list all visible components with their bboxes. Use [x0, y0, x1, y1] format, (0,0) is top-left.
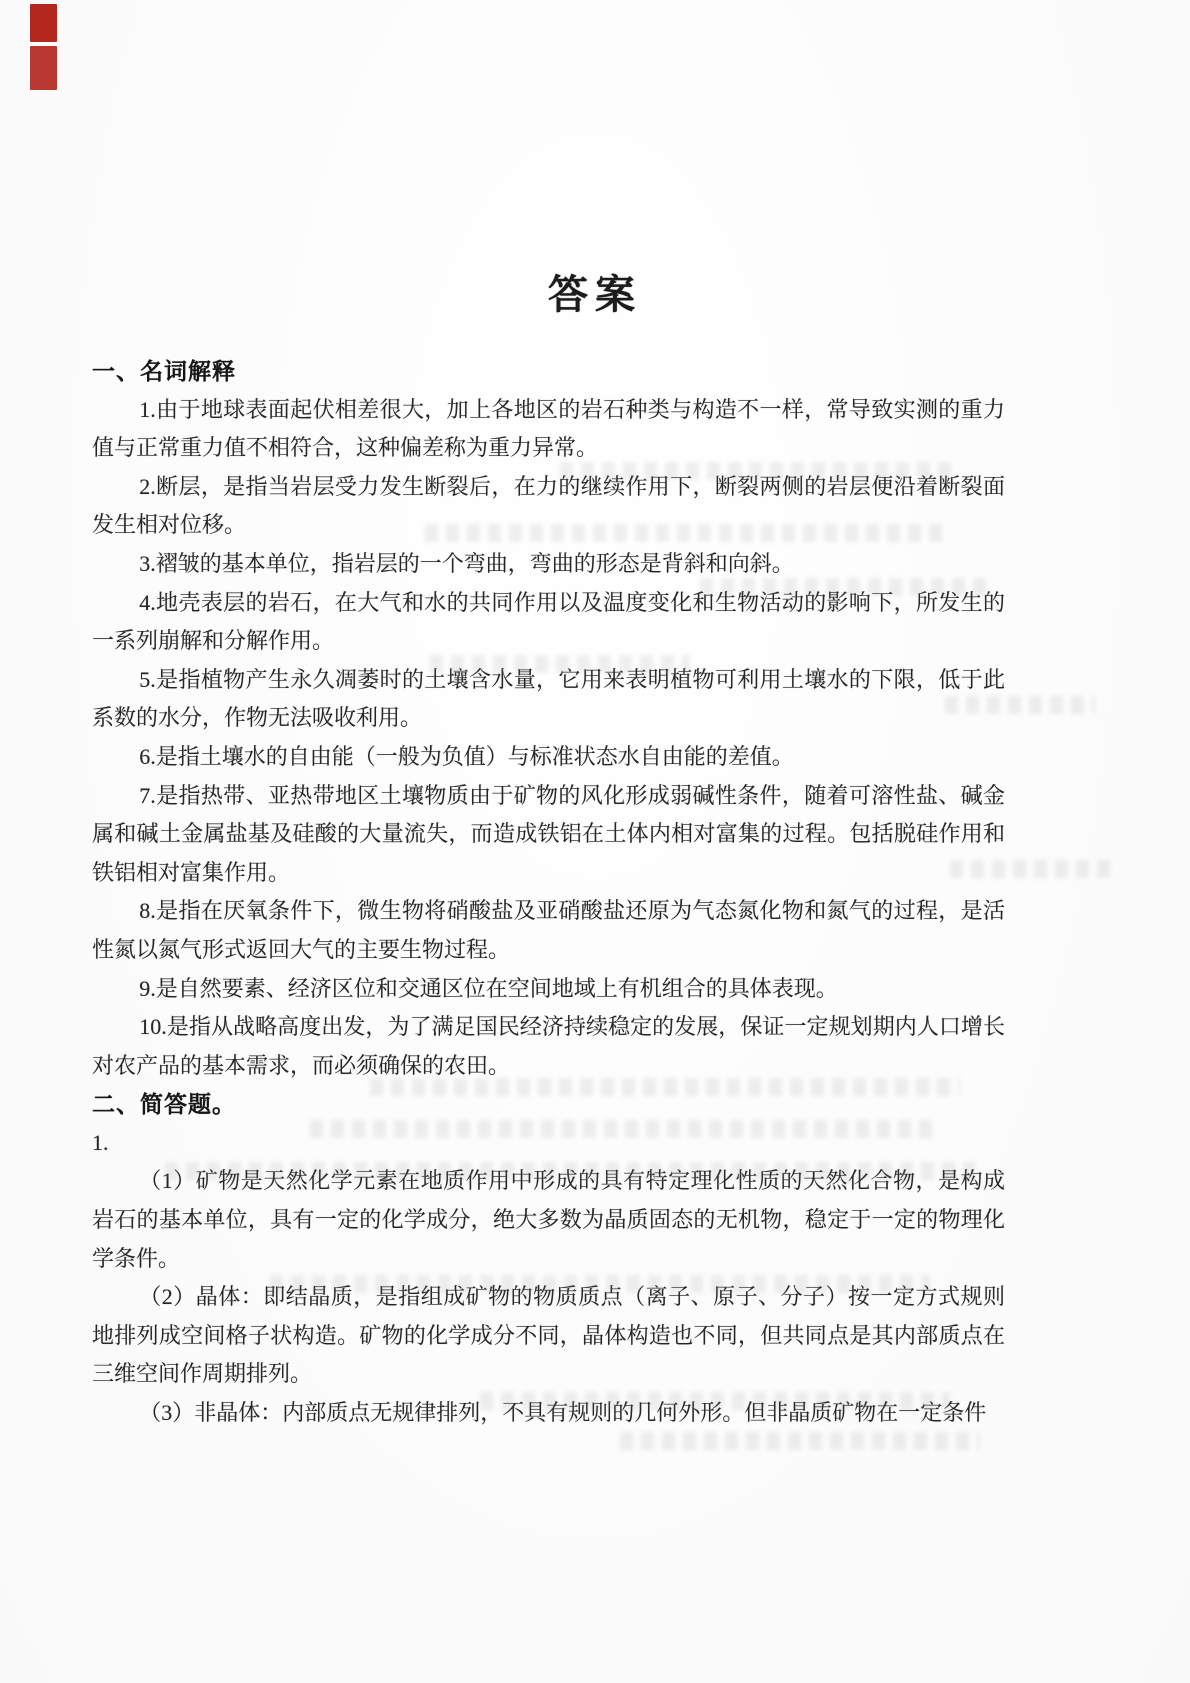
scan-red-mark	[30, 4, 57, 42]
page-title: 答案	[0, 0, 1190, 322]
definition-item-7: 7.是指热带、亚热带地区土壤物质由于矿物的风化形成弱碱性条件，随着可溶性盐、碱金…	[92, 777, 1005, 893]
short-answer-item-3: （3）非晶体：内部质点无规律排列，不具有规则的几何外形。但非晶质矿物在一定条件	[92, 1394, 1005, 1433]
definition-item-2: 2.断层，是指当岩层受力发生断裂后，在力的继续作用下，断裂两侧的岩层便沿着断裂面…	[92, 468, 1005, 545]
short-answer-item-2: （2）晶体：即结晶质，是指组成矿物的物质质点（离子、原子、分子）按一定方式规则地…	[92, 1278, 1005, 1394]
section-heading-short-answers: 二、简答题。	[92, 1085, 1005, 1124]
definition-item-3: 3.褶皱的基本单位，指岩层的一个弯曲，弯曲的形态是背斜和向斜。	[92, 545, 1005, 584]
bleed-through-artifact	[620, 1432, 980, 1450]
definition-item-4: 4.地壳表层的岩石，在大气和水的共同作用以及温度变化和生物活动的影响下，所发生的…	[92, 584, 1005, 661]
definition-item-6: 6.是指土壤水的自由能（一般为负值）与标准状态水自由能的差值。	[92, 738, 1005, 777]
question-number: 1.	[92, 1124, 1005, 1163]
definition-item-8: 8.是指在厌氧条件下，微生物将硝酸盐及亚硝酸盐还原为气态氮化物和氮气的过程，是活…	[92, 892, 1005, 969]
definition-item-9: 9.是自然要素、经济区位和交通区位在空间地域上有机组合的具体表现。	[92, 970, 1005, 1009]
document-body: 一、名词解释 1.由于地球表面起伏相差很大，加上各地区的岩石种类与构造不一样，常…	[92, 352, 1005, 1433]
short-answer-item-1: （1）矿物是天然化学元素在地质作用中形成的具有特定理化性质的天然化合物，是构成岩…	[92, 1162, 1005, 1278]
definition-item-10: 10.是指从战略高度出发，为了满足国民经济持续稳定的发展，保证一定规划期内人口增…	[92, 1008, 1005, 1085]
definition-item-1: 1.由于地球表面起伏相差很大，加上各地区的岩石种类与构造不一样，常导致实测的重力…	[92, 391, 1005, 468]
section-heading-definitions: 一、名词解释	[92, 352, 1005, 391]
scan-red-mark	[30, 46, 57, 90]
scanned-answer-page: 答案 一、名词解释 1.由于地球表面起伏相差很大，加上各地区的岩石种类与构造不一…	[0, 0, 1190, 1683]
definition-item-5: 5.是指植物产生永久凋萎时的土壤含水量，它用来表明植物可利用土壤水的下限，低于此…	[92, 661, 1005, 738]
